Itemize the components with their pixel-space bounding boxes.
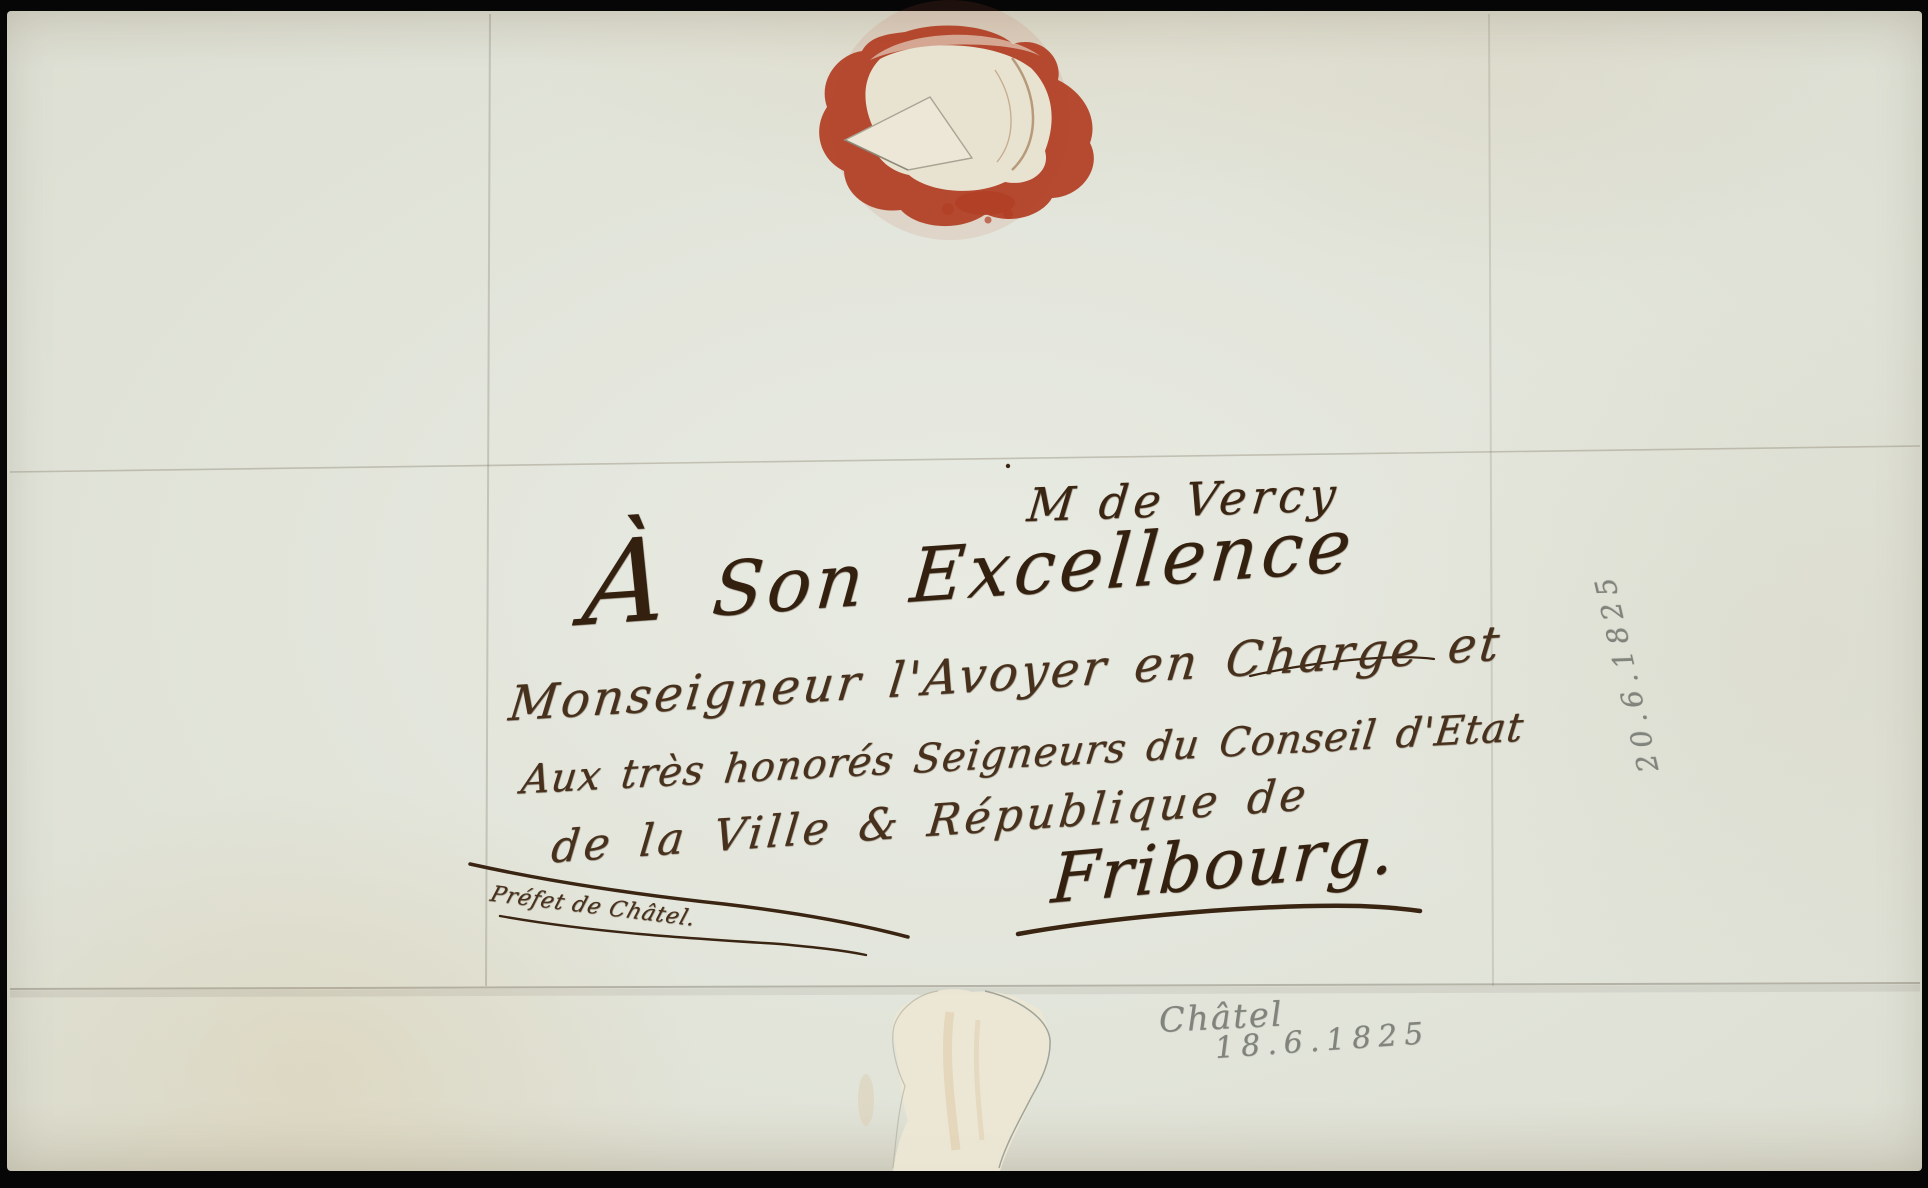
scanned-letter-cover: M de Vercy À Son Excellence Monseigneur …: [0, 0, 1928, 1188]
